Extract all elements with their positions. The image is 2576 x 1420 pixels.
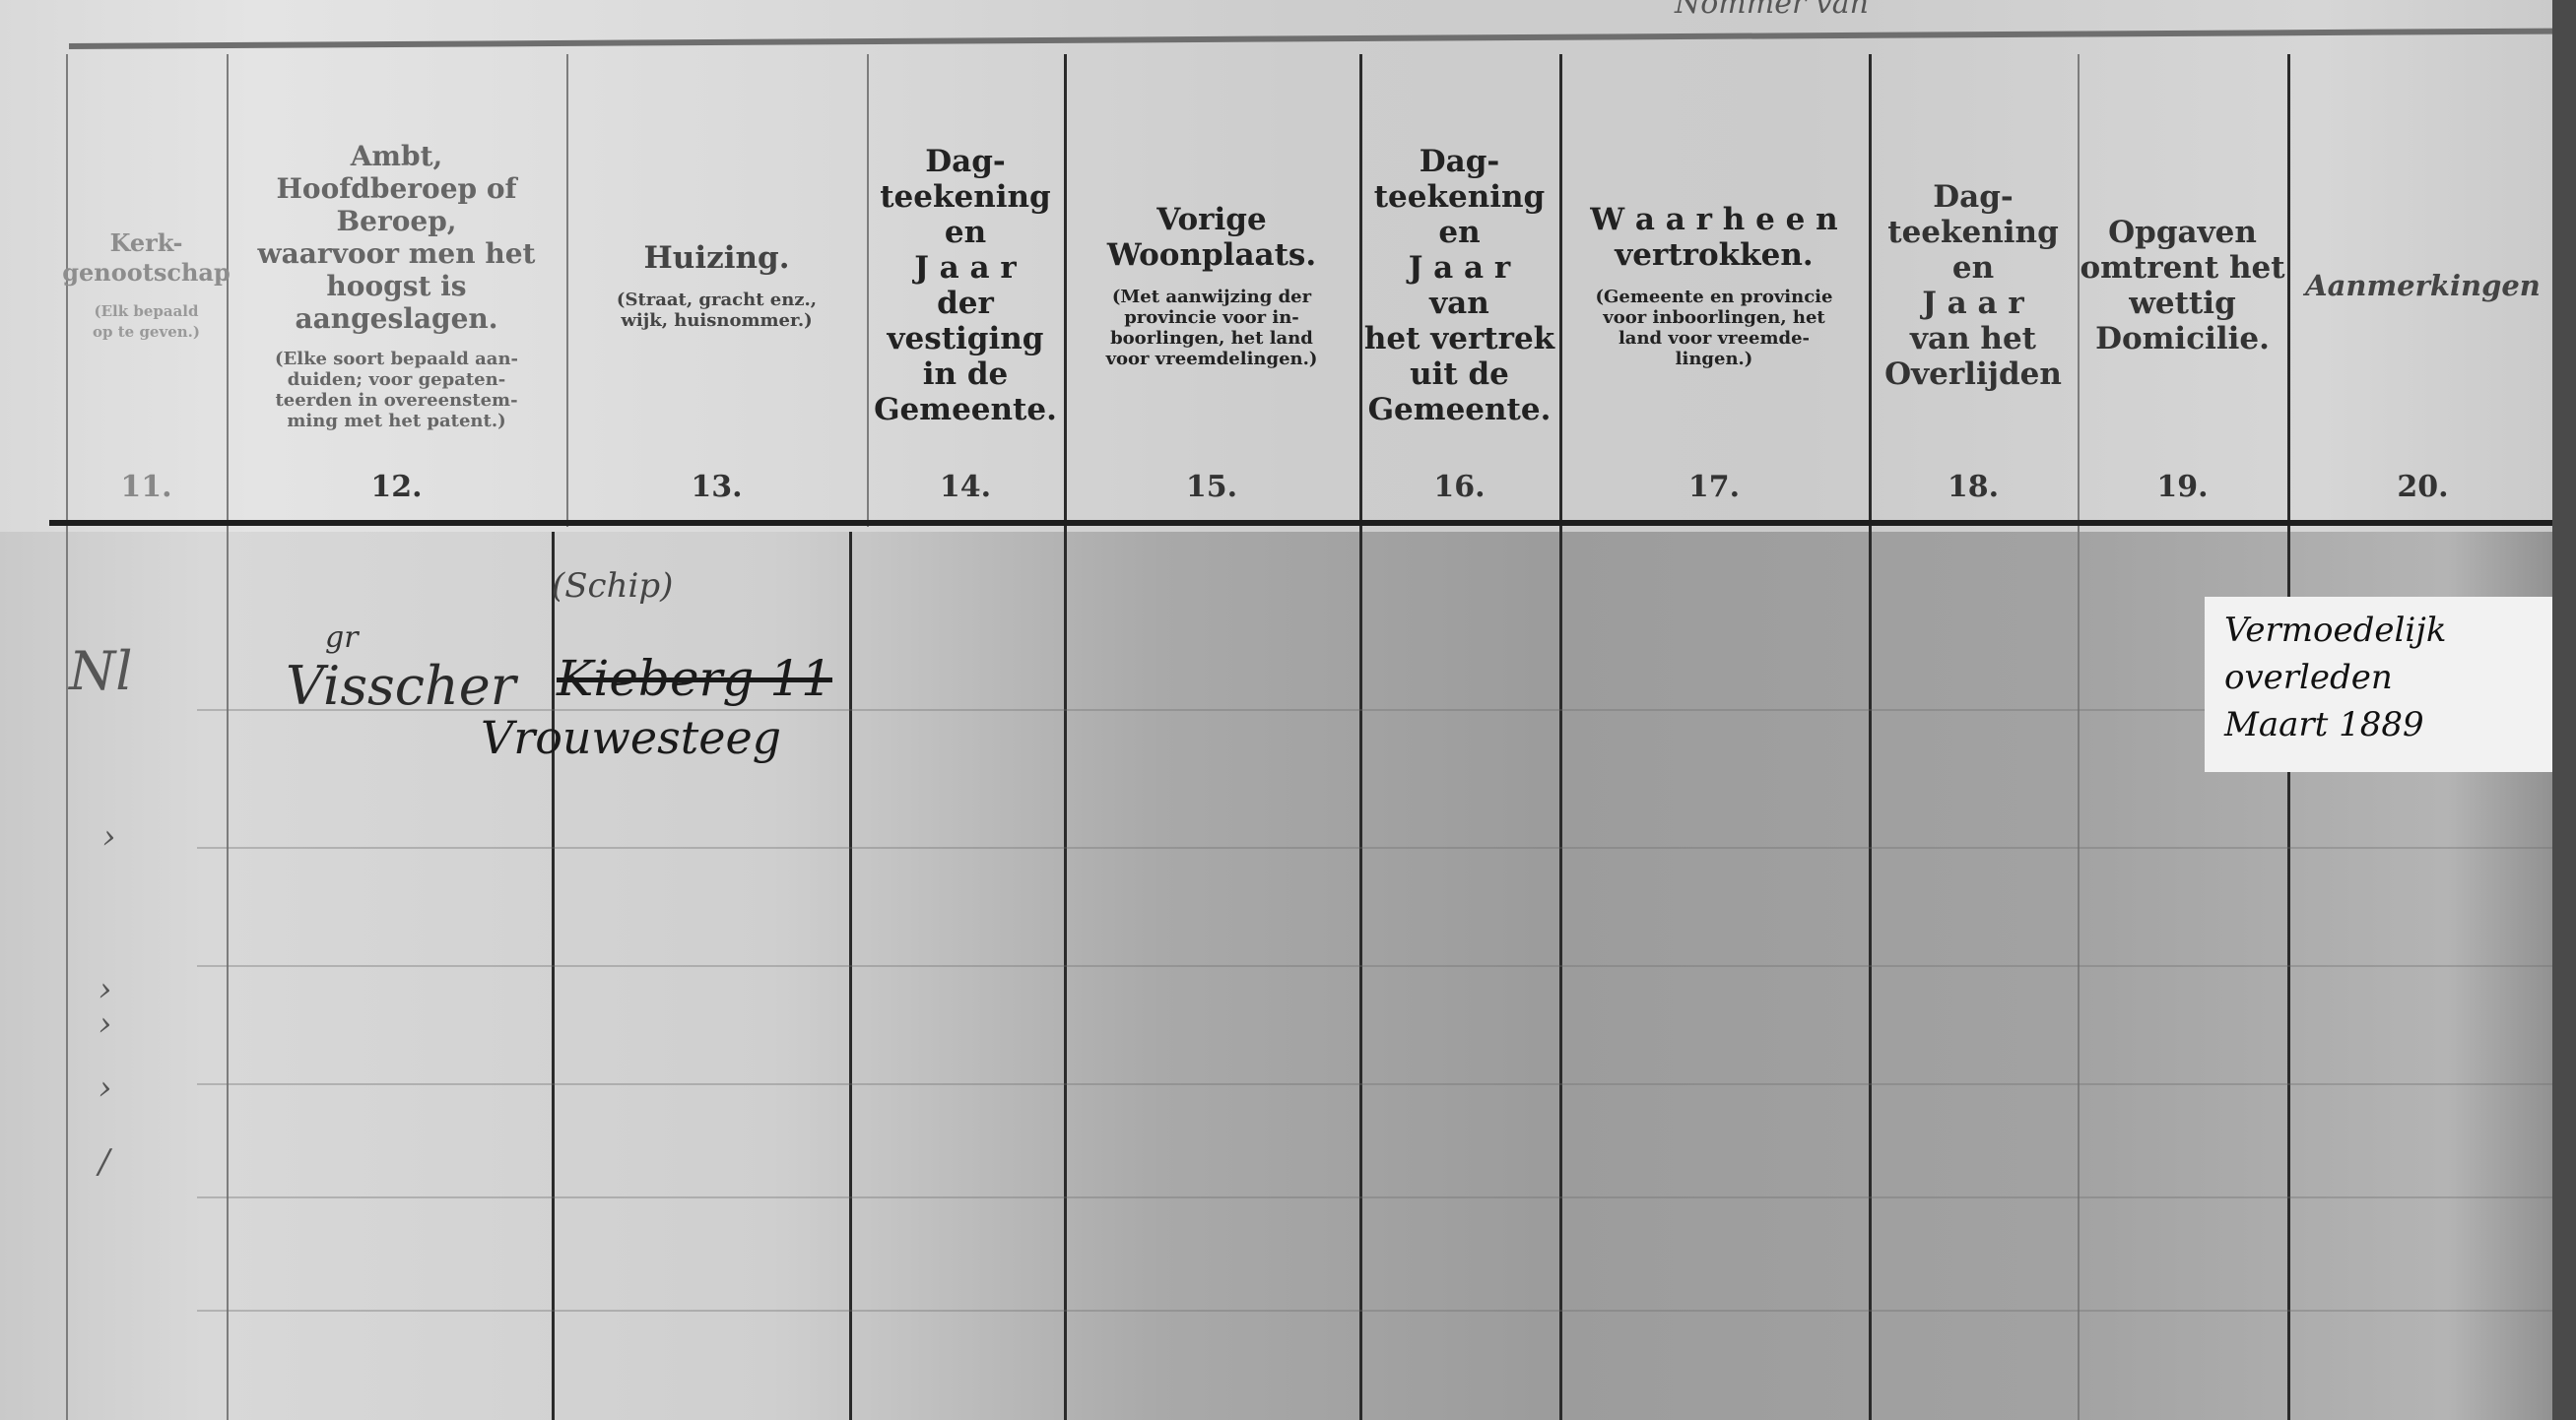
ditto-mark: › — [99, 1004, 112, 1044]
entry-beroep-prefix: gr — [325, 620, 359, 655]
column-title: Vorige Woonplaats. — [1107, 202, 1316, 273]
header-rule — [49, 520, 2556, 526]
row-rule — [197, 1310, 2561, 1312]
entry-huizing-struck: Kieberg 11 — [557, 650, 832, 707]
row-rule — [197, 1196, 2561, 1198]
column-number: 17. — [1559, 470, 1869, 504]
column-number: 15. — [1064, 470, 1359, 504]
entry-kerkgenootschap: Nl — [69, 640, 133, 702]
column-number: 13. — [566, 470, 867, 504]
page-edge — [2552, 0, 2576, 1420]
column-note: (Elk bepaald op te geven.) — [93, 301, 200, 343]
column-note: (Straat, gracht enz., wijk, huisnommer.) — [617, 290, 817, 331]
column-divider — [552, 532, 555, 1420]
row-rule — [197, 965, 2561, 967]
column-header-13: Huizing. (Straat, gracht enz., wijk, hui… — [566, 59, 867, 512]
entry-beroep: Visscher — [286, 655, 516, 717]
ditto-mark: / — [99, 1142, 109, 1182]
column-divider — [849, 532, 852, 1420]
column-header-12: Ambt, Hoofdberoep of Beroep, waarvoor me… — [227, 59, 566, 512]
column-number: 18. — [1869, 470, 2078, 504]
column-title: Huizing. — [644, 240, 790, 276]
column-header-11: Kerk- genootschap (Elk bepaald op te gev… — [66, 59, 227, 512]
column-title: Dag- teekening en J a a r van het vertre… — [1364, 144, 1554, 427]
column-number: 11. — [66, 470, 227, 504]
column-note: (Met aanwijzing der provincie voor in- b… — [1106, 287, 1318, 369]
column-header-18: Dag- teekening en J a a r van het Overli… — [1869, 59, 2078, 512]
column-note: (Elke soort bepaald aan- duiden; voor ge… — [275, 349, 518, 431]
row-rule — [197, 1083, 2561, 1085]
column-number: 20. — [2287, 470, 2558, 504]
column-title: Ambt, Hoofdberoep of Beroep, waarvoor me… — [227, 140, 566, 335]
page-title-fragment: Nommer van — [1675, 0, 1869, 21]
register-page: Nommer van Kerk- genootschap (Elk bepaal… — [0, 0, 2576, 1420]
column-header-16: Dag- teekening en J a a r van het vertre… — [1359, 59, 1559, 512]
column-number: 14. — [867, 470, 1064, 504]
ditto-mark: › — [102, 817, 116, 857]
entry-huizing: Vrouwesteeg — [481, 711, 781, 764]
column-title: Opgaven omtrent het wettig Domicilie. — [2080, 215, 2284, 356]
column-number: 12. — [227, 470, 566, 504]
column-header-15: Vorige Woonplaats. (Met aanwijzing der p… — [1064, 59, 1359, 512]
column-number: 16. — [1359, 470, 1559, 504]
entry-aanmerkingen: Vermoedelijk overleden Maart 1889 — [2224, 607, 2549, 748]
ditto-mark: › — [99, 1068, 112, 1108]
column-title: W a a r h e e n vertrokken. — [1590, 202, 1837, 273]
column-title: Aanmerkingen — [2305, 268, 2541, 303]
row-rule — [197, 847, 2561, 849]
column-header-20: Aanmerkingen 20. — [2287, 59, 2558, 512]
column-title: Kerk- genootschap — [62, 228, 231, 288]
column-title: Dag- teekening en J a a r van het Overli… — [1884, 179, 2062, 392]
column-number: 19. — [2078, 470, 2287, 504]
column-header-19: Opgaven omtrent het wettig Domicilie. 19… — [2078, 59, 2287, 512]
column-header-17: W a a r h e e n vertrokken. (Gemeente en… — [1559, 59, 1869, 512]
column-title: Dag- teekening en J a a r der vestiging … — [874, 144, 1057, 427]
ditto-mark: › — [99, 970, 112, 1009]
column-note: (Gemeente en provincie voor inboorlingen… — [1596, 287, 1833, 369]
column-header-14: Dag- teekening en J a a r der vestiging … — [867, 59, 1064, 512]
entry-huizing-note: (Schip) — [552, 566, 673, 606]
